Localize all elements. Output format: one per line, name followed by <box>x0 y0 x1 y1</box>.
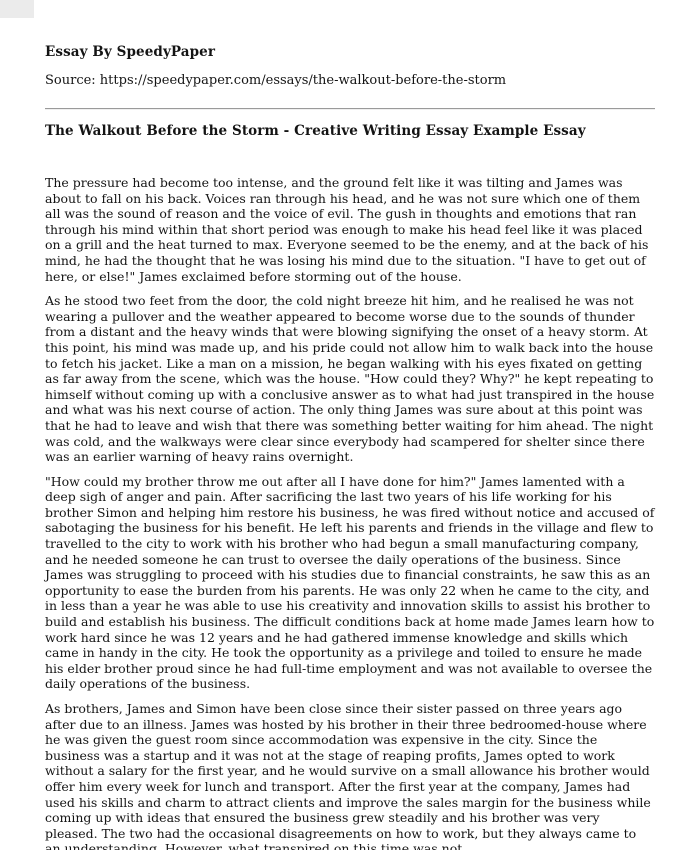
document-page: Essay By SpeedyPaper Source: https://spe… <box>0 0 700 850</box>
source-url-line: Source: https://speedypaper.com/essays/t… <box>45 73 655 88</box>
essay-paragraph: The pressure had become too intense, and… <box>45 175 655 284</box>
essay-title: The Walkout Before the Storm - Creative … <box>45 123 655 139</box>
essay-paragraph: As he stood two feet from the door, the … <box>45 293 655 465</box>
divider <box>45 108 655 110</box>
scan-artifact <box>0 0 34 18</box>
author-line: Essay By SpeedyPaper <box>45 44 655 60</box>
essay-paragraph: "How could my brother throw me out after… <box>45 474 655 692</box>
document-content: Essay By SpeedyPaper Source: https://spe… <box>0 0 700 850</box>
essay-body: The pressure had become too intense, and… <box>45 175 655 850</box>
essay-paragraph: As brothers, James and Simon have been c… <box>45 701 655 850</box>
